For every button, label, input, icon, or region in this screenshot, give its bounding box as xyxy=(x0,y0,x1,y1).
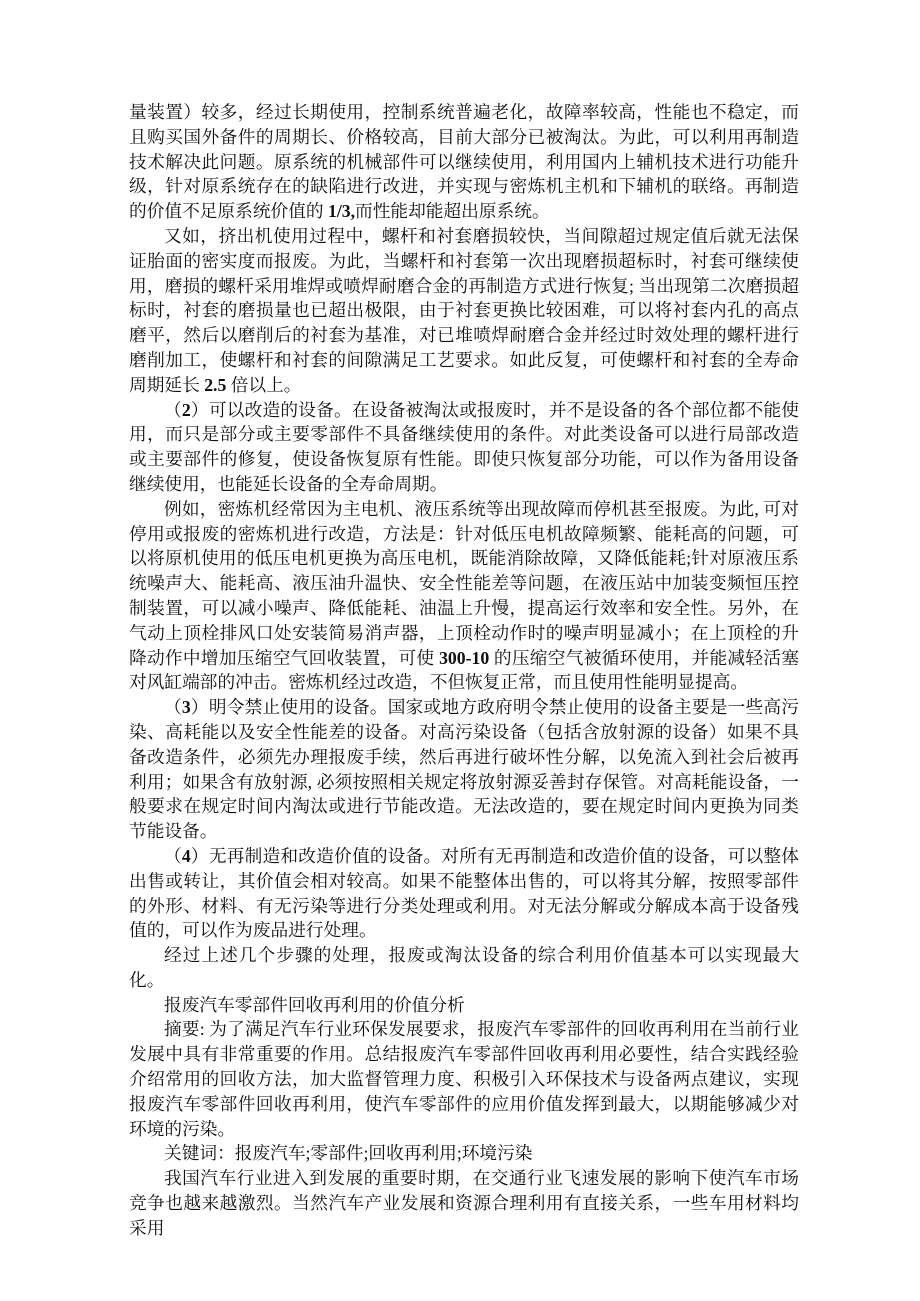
text-run: （ xyxy=(164,697,182,717)
para-remanufacture-continuation: 量装置）较多，经过长期使用，控制系统普遍老化，故障率较高，性能也不稳定，而且购买… xyxy=(129,100,799,224)
bold-text-run: 3 xyxy=(182,697,191,717)
text-run: 倍以上。 xyxy=(226,375,301,395)
para-item-3-banned-equipment: （3）明令禁止使用的设备。国家或地方政府明令禁止使用的设备主要是一些高污染、高耗… xyxy=(129,695,799,844)
text-run: ）明令禁止使用的设备。国家或地方政府明令禁止使用的设备主要是一些高污染、高耗能以… xyxy=(129,697,799,841)
text-run: 而性能却能超出原系统。 xyxy=(355,201,550,221)
text-run: 摘要: 为了满足汽车行业环保发展要求，报废汽车零部件的回收再利用在当前行业发展中… xyxy=(129,1019,799,1138)
bold-text-run: 1/3, xyxy=(328,201,355,221)
text-run: 经过上述几个步骤的处理，报废或淘汰设备的综合利用价值基本可以实现最大化。 xyxy=(129,945,799,990)
para-keywords: 关键词：报废汽车;零部件;回收再利用;环境污染 xyxy=(129,1141,799,1166)
text-run: ）无再制造和改造价值的设备。对所有无再制造和改造价值的设备，可以整体出售或转让，… xyxy=(129,846,799,940)
bold-text-run: 2 xyxy=(182,400,191,420)
article-title: 报废汽车零部件回收再利用的价值分析 xyxy=(129,993,799,1018)
text-run: 报废汽车零部件回收再利用的价值分析 xyxy=(164,995,465,1015)
text-run: 我国汽车行业进入到发展的重要时期，在交通行业飞速发展的影响下使汽车市场竞争也越来… xyxy=(129,1168,799,1238)
para-extruder-example: 又如，挤出机使用过程中，螺杆和衬套磨损较快，当间隙超过规定值后就无法保证胎面的密… xyxy=(129,224,799,398)
para-item-4-no-value-equipment: （4）无再制造和改造价值的设备。对所有无再制造和改造价值的设备，可以整体出售或转… xyxy=(129,844,799,943)
para-mixer-example: 例如，密炼机经常因为主电机、液压系统等出现故障而停机甚至报废。为此, 可对停用或… xyxy=(129,497,799,695)
text-run: 又如，挤出机使用过程中，螺杆和衬套磨损较快，当间隙超过规定值后就无法保证胎面的密… xyxy=(129,226,799,395)
document-page: 量装置）较多，经过长期使用，控制系统普遍老化，故障率较高，性能也不稳定，而且购买… xyxy=(0,0,920,1301)
para-abstract: 摘要: 为了满足汽车行业环保发展要求，报废汽车零部件的回收再利用在当前行业发展中… xyxy=(129,1017,799,1141)
text-run: （ xyxy=(164,846,182,866)
para-intro-auto-industry: 我国汽车行业进入到发展的重要时期，在交通行业飞速发展的影响下使汽车市场竞争也越来… xyxy=(129,1166,799,1240)
para-item-2-convertible-equipment: （2）可以改造的设备。在设备被淘汰或报废时，并不是设备的各个部位都不能使用，而只… xyxy=(129,398,799,497)
text-run: ）可以改造的设备。在设备被淘汰或报废时，并不是设备的各个部位都不能使用，而只是部… xyxy=(129,400,799,494)
text-run: 关键词：报废汽车;零部件;回收再利用;环境污染 xyxy=(164,1143,533,1163)
bold-text-run: 2.5 xyxy=(204,375,226,395)
bold-text-run: 4 xyxy=(182,846,191,866)
document-body: 量装置）较多，经过长期使用，控制系统普遍老化，故障率较高，性能也不稳定，而且购买… xyxy=(129,100,799,1241)
para-summary-steps: 经过上述几个步骤的处理，报废或淘汰设备的综合利用价值基本可以实现最大化。 xyxy=(129,943,799,993)
bold-text-run: 300-10 xyxy=(439,648,489,668)
text-run: 例如，密炼机经常因为主电机、液压系统等出现故障而停机甚至报废。为此, 可对停用或… xyxy=(129,499,799,668)
text-run: （ xyxy=(164,400,182,420)
